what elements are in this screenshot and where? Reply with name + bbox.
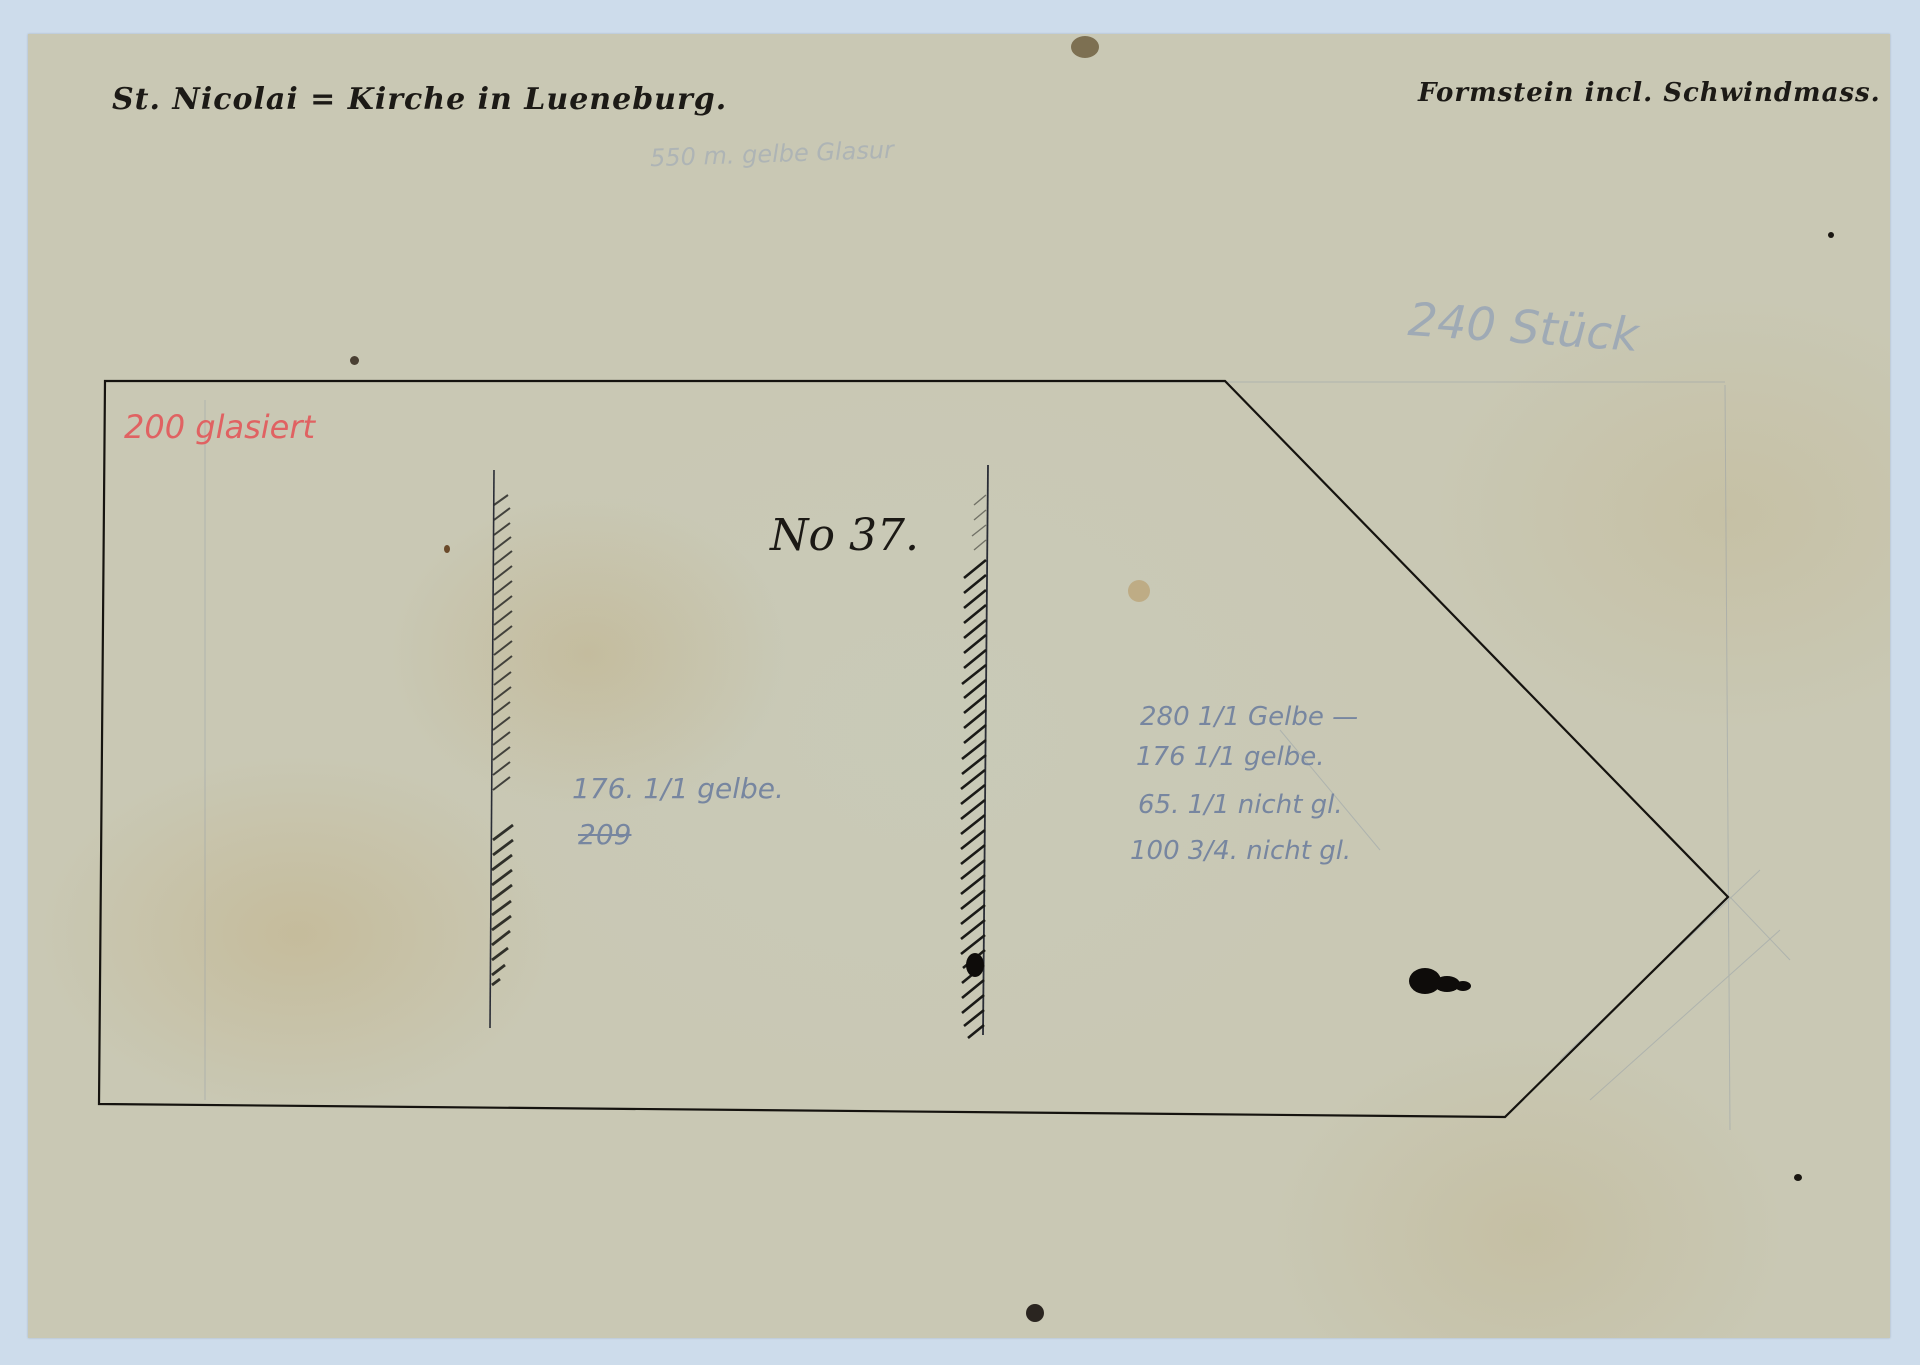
construction-lines xyxy=(205,382,1790,1130)
dot-mark xyxy=(1828,232,1834,238)
ink-blot xyxy=(966,953,1471,994)
dot-mark xyxy=(1794,1174,1802,1181)
right-note-4: 100 3/4. nicht gl. xyxy=(1130,836,1351,866)
middle-note-2-struck: 209 xyxy=(578,818,631,851)
technical-drawing xyxy=(0,0,1920,1365)
drawing-number: No 37. xyxy=(770,510,919,561)
right-note-3: 65. 1/1 nicht gl. xyxy=(1138,790,1343,820)
right-note-1: 280 1/1 Gelbe — xyxy=(1140,702,1358,732)
pin-hole-top xyxy=(1071,36,1099,58)
middle-note-1: 176. 1/1 gelbe. xyxy=(572,772,784,805)
sheet-subtitle: Formstein incl. Schwindmass. xyxy=(1418,78,1881,108)
left-hatching xyxy=(492,495,513,985)
church-title: St. Nicolai = Kirche in Lueneburg. xyxy=(112,82,727,117)
pin-hole-bottom xyxy=(1026,1304,1044,1322)
stone-profile-outline xyxy=(99,381,1728,1117)
dot-mark xyxy=(350,356,359,365)
glazed-note-red: 200 glasiert xyxy=(124,408,315,446)
stain xyxy=(1128,580,1150,602)
dot-mark xyxy=(444,545,450,553)
right-note-2: 176 1/1 gelbe. xyxy=(1136,742,1325,772)
